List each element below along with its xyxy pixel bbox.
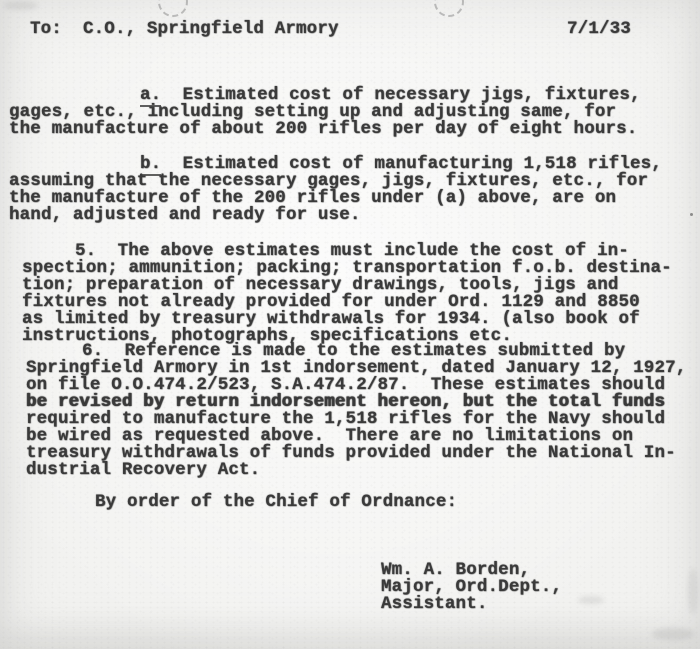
scan-artifact	[688, 568, 698, 614]
paragraph-6: 6. Reference is made to the estimates su…	[26, 343, 686, 479]
scan-artifact	[652, 628, 694, 640]
by-order-line: By order of the Chief of Ordnance:	[95, 494, 457, 511]
scanned-memo-page: To: C.O., Springfield Armory 7/1/33 a. E…	[0, 0, 700, 649]
scan-artifact	[578, 596, 604, 604]
scan-artifact	[690, 213, 693, 216]
scan-artifact	[4, 1, 38, 10]
paragraph-b-line: hand, adjusted and ready for use.	[9, 207, 662, 224]
paragraph-a: a. Estimated cost of necessary jigs, fix…	[9, 87, 641, 138]
signature-title: Assistant.	[381, 596, 562, 613]
recipient: C.O., Springfield Armory	[83, 21, 339, 38]
signature-block: Wm. A. Borden, Major, Ord.Dept., Assista…	[381, 562, 562, 613]
paragraph-a-line: the manufacture of about 200 rifles per …	[9, 121, 641, 138]
paragraph-b: b. Estimated cost of manufacturing 1,518…	[9, 156, 662, 224]
typewritten-text-layer: To: C.O., Springfield Armory 7/1/33 a. E…	[0, 0, 700, 649]
date: 7/1/33	[567, 21, 631, 38]
paragraph-6-line: dustrial Recovery Act.	[26, 462, 686, 479]
to-label: To:	[30, 21, 62, 38]
paragraph-5: 5. The above estimates must include the …	[22, 243, 672, 345]
